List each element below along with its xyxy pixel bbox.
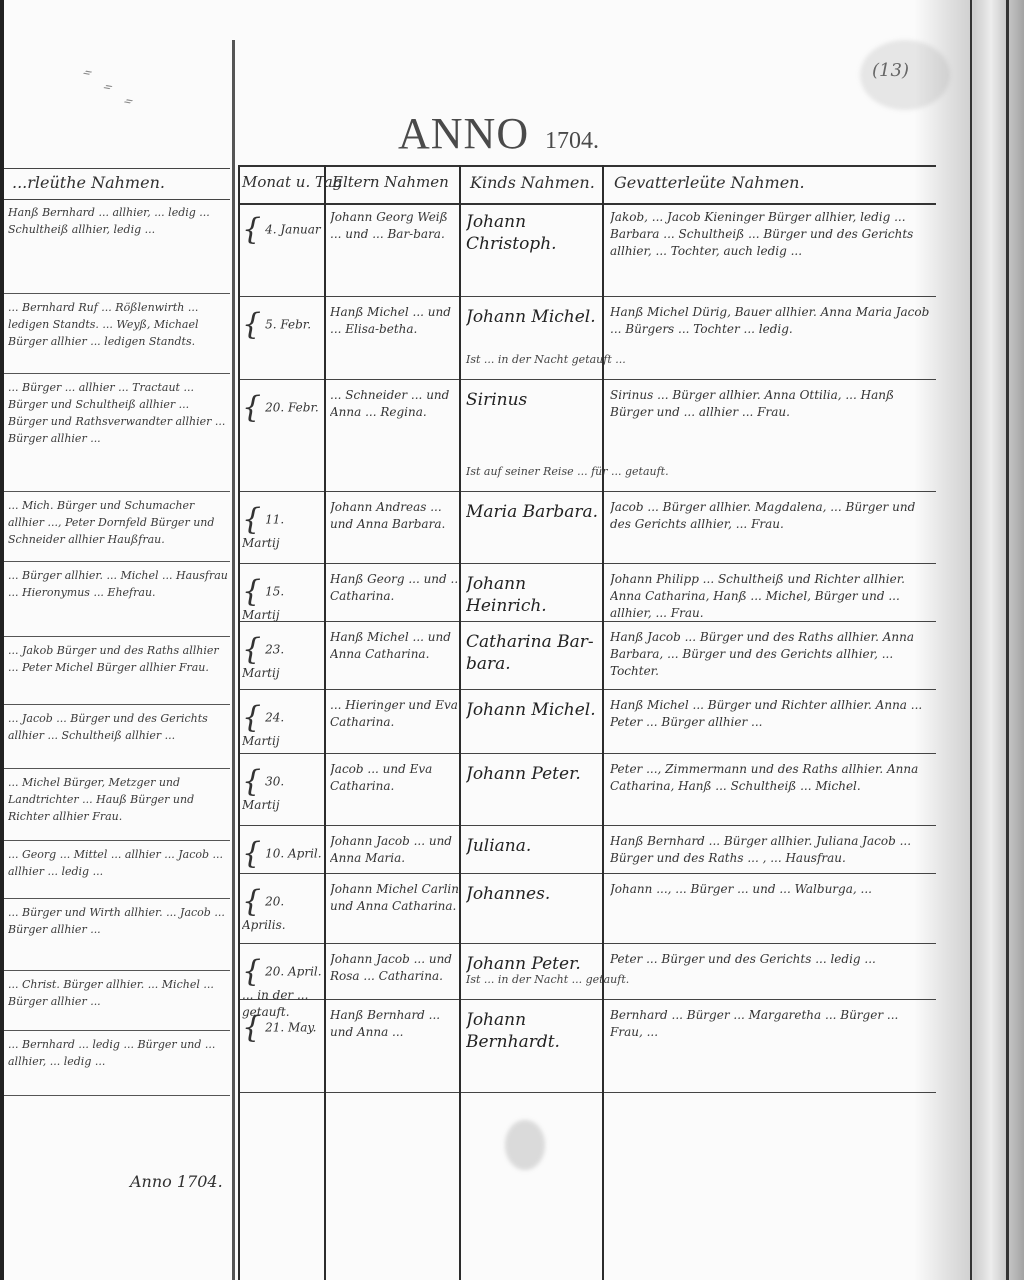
baptism-date: {21. May. [242,1013,322,1043]
brace-mark: { [242,703,261,735]
parents-names: Johann Jacob ... und Rosa ... Catharina. [330,951,462,985]
book-cover-edge [1006,0,1009,1280]
parents-names: Johann Michel Carlin und Anna Catharina. [330,881,462,915]
parents-names: Hanß Bernhard ... und Anna ... [330,1007,462,1041]
left-page-row: ... Bernhard ... ledig ... Bürger und ..… [4,1030,230,1096]
left-page-entry-text: ... Bürger ... allhier ... Tractaut ... … [8,379,230,489]
left-page-entry-text: ... Mich. Bürger und Schumacher allhier … [8,497,230,559]
table-row: {4. JanuarJohann Georg Weiß ... und ... … [238,201,936,297]
table-row: {20. Aprilis.Johann Michel Carlin und An… [238,873,936,944]
table-row: {23. MartijHanß Michel ... und Anna Cath… [238,621,936,690]
baptism-date: {20. Febr. [242,393,322,423]
page-title: ANNO [398,108,529,159]
folio-number-text: 13 [879,60,902,81]
left-page-entry-text: ... Bürger allhier. ... Michel ... Hausf… [8,567,230,634]
left-page-entry-text: ... Georg ... Mittel ... allhier ... Jac… [8,846,230,896]
godparents-names: Peter ... Bürger und des Gerichts ... le… [610,951,930,968]
left-page-entry-text: ... Christ. Bürger allhier. ... Michel .… [8,976,230,1028]
table-row: {20. Febr.... Schneider ... und Anna ...… [238,379,936,492]
left-page-footer: Anno 1704. [130,1172,223,1191]
left-page-row: ... Bürger ... allhier ... Tractaut ... … [4,373,230,492]
brace-mark: { [242,577,261,609]
table-row: {11. MartijJohann Andreas ... und Anna B… [238,491,936,564]
parents-names: Johann Georg Weiß ... und ... Bar-bara. [330,209,462,243]
parents-names: ... Hieringer und Eva Catharina. [330,697,462,731]
left-page-entry-text: ... Bürger und Wirth allhier. ... Jacob … [8,904,230,968]
child-name: Catharina Bar-bara. [466,631,604,675]
baptism-date: {15. Martij [242,577,322,624]
baptism-date: {23. Martij [242,635,322,682]
child-name: Johannes. [466,883,604,905]
baptism-date: {11. Martij [242,505,322,552]
table-row: {21. May.Hanß Bernhard ... und Anna ...J… [238,999,936,1093]
column-divider [238,165,240,1280]
parents-names: Hanß Michel ... und Anna Catharina. [330,629,462,663]
brace-mark: { [242,1013,261,1043]
table-row: {30. MartijJacob ... und Eva Catharina.J… [238,753,936,826]
column-divider [324,165,326,1280]
table-row: {5. Febr.Hanß Michel ... und ... Elisa-b… [238,296,936,380]
left-page-header-label: ...rleüthe Nahmen. [12,173,165,192]
table-row: {20. April. ... in der ... getauft.Johan… [238,943,936,1000]
parents-names: Johann Andreas ... und Anna Barbara. [330,499,462,533]
godparents-names: Jacob ... Bürger allhier. Magdalena, ...… [610,499,930,533]
column-header-child: Kinds Nahmen. [470,173,595,192]
baptism-date: {24. Martij [242,703,322,750]
page-edge-line [970,0,972,1280]
left-page-row: ... Michel Bürger, Metzger und Landtrich… [4,768,230,841]
godparents-names: Jakob, ... Jacob Kieninger Bürger allhie… [610,209,930,260]
godparents-names: Hanß Bernhard ... Bürger allhier. Julian… [610,833,930,867]
left-page-row: Hanß Bernhard ... allhier, ... ledig ...… [4,198,230,294]
godparents-names: Hanß Michel ... Bürger und Richter allhi… [610,697,930,731]
child-name: Juliana. [466,835,604,857]
parents-names: Hanß Georg ... und ... Catharina. [330,571,462,605]
left-page-row: ... Jakob Bürger und des Raths allhier .… [4,636,230,705]
left-page-header: ...rleüthe Nahmen. [4,168,230,200]
left-page-entry-text: Hanß Bernhard ... allhier, ... ledig ...… [8,204,230,291]
brace-mark: { [242,505,261,537]
brace-mark: { [242,310,261,340]
child-name: Johann Michel. [466,699,604,721]
left-page-row: ... Bürger und Wirth allhier. ... Jacob … [4,898,230,971]
parents-names: Jacob ... und Eva Catharina. [330,761,462,795]
child-name: Johann Christoph. [466,211,604,255]
parents-names: Hanß Michel ... und ... Elisa-betha. [330,304,462,338]
baptism-note: Ist auf seiner Reise ... für ... getauft… [466,465,669,478]
brace-mark: { [242,393,261,423]
child-name: Johann Peter. [466,763,604,785]
table-header: Monat u. Tag Eltern Nahmen Kinds Nahmen.… [238,165,936,205]
left-page-entry-text: ... Jakob Bürger und des Raths allhier .… [8,642,230,702]
brace-mark: { [242,839,261,869]
column-divider [602,165,604,1280]
child-name: Maria Barbara. [466,501,604,523]
godparents-names: Peter ..., Zimmermann und des Raths allh… [610,761,930,795]
parents-names: Johann Jacob ... und Anna Maria. [330,833,462,867]
baptism-note: Ist ... in der Nacht ... getauft. [466,973,629,986]
left-page-entry-text: ... Bernhard ... ledig ... Bürger und ..… [8,1036,230,1093]
brace-mark: { [242,957,261,989]
left-page-row: ... Georg ... Mittel ... allhier ... Jac… [4,840,230,899]
godparents-names: Hanß Jacob ... Bürger und des Raths allh… [610,629,930,680]
table-row: {15. MartijHanß Georg ... und ... Cathar… [238,563,936,622]
baptism-date: {30. Martij [242,767,322,814]
folio-number: (13) [872,60,909,81]
left-page-row: ... Bernhard Ruf ... Rößlenwirth ... led… [4,293,230,374]
column-header-date: Monat u. Tag [242,173,342,191]
book-gutter [232,40,235,1280]
column-header-godparents: Gevatterleüte Nahmen. [614,173,805,192]
child-name: Johann Bernhardt. [466,1009,604,1053]
child-name: Sirinus [466,389,604,411]
left-page-entry-text: ... Bernhard Ruf ... Rößlenwirth ... led… [8,299,230,371]
brace-mark: { [242,635,261,667]
brace-mark: { [242,215,261,245]
godparents-names: Bernhard ... Bürger ... Margaretha ... B… [610,1007,930,1041]
baptism-date: {10. April. [242,839,322,869]
child-name: Johann Peter. [466,953,604,975]
left-page-row: ... Bürger allhier. ... Michel ... Hausf… [4,561,230,637]
godparents-names: Hanß Michel Dürig, Bauer allhier. Anna M… [610,304,930,338]
table-row: {24. Martij... Hieringer und Eva Cathari… [238,689,936,754]
brace-mark: { [242,887,261,919]
baptism-date: {5. Febr. [242,310,322,340]
table-row: {10. April.Johann Jacob ... und Anna Mar… [238,825,936,874]
ink-stain [505,1120,545,1170]
left-page-row: ... Christ. Bürger allhier. ... Michel .… [4,970,230,1031]
left-page-row: ... Mich. Bürger und Schumacher allhier … [4,491,230,562]
child-name: Johann Michel. [466,306,604,328]
child-name: Johann Heinrich. [466,573,604,617]
godparents-names: Johann Philipp ... Schultheiß und Richte… [610,571,930,622]
baptism-date: {20. Aprilis. [242,887,322,934]
left-page-entry-text: ... Jacob ... Bürger und des Gerichts al… [8,710,230,766]
godparents-names: Sirinus ... Bürger allhier. Anna Ottilia… [610,387,930,421]
baptism-date: {4. Januar [242,215,322,245]
brace-mark: { [242,767,261,799]
left-page-entry-text: ... Michel Bürger, Metzger und Landtrich… [8,774,230,838]
column-header-parents: Eltern Nahmen [332,173,449,191]
column-divider [459,165,461,1280]
parents-names: ... Schneider ... und Anna ... Regina. [330,387,462,421]
godparents-names: Johann ..., ... Bürger ... und ... Walbu… [610,881,930,898]
left-page-row: ... Jacob ... Bürger und des Gerichts al… [4,704,230,769]
page-year: 1704. [545,128,599,155]
